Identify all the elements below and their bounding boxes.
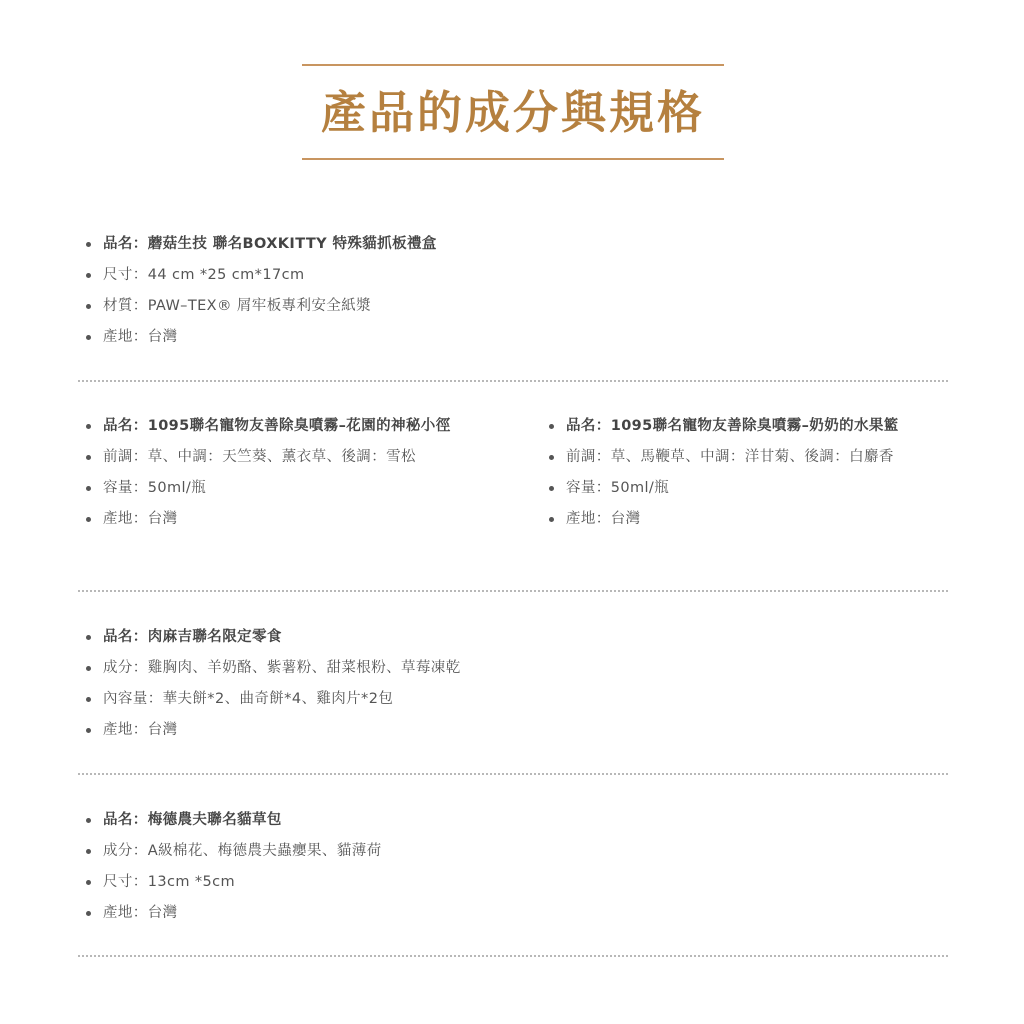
dotted-divider — [78, 955, 948, 957]
spec-list: 品名：梅德農夫聯名貓草包 成分：A級棉花、梅德農夫蟲癭果、貓薄荷 尺寸：13cm… — [80, 805, 382, 929]
dotted-divider — [78, 380, 948, 382]
spec-item-size: 尺寸：44 cm *25 cm*17cm — [80, 260, 437, 291]
spec-item-name: 品名：肉麻吉聯名限定零食 — [80, 622, 461, 653]
product-section-snacks: 品名：肉麻吉聯名限定零食 成分：雞胸肉、羊奶酪、紫薯粉、甜菜根粉、草莓凍乾 內容… — [80, 622, 461, 746]
title-banner: 產品的成分與規格 — [302, 64, 724, 160]
spec-item-origin: 產地：台灣 — [80, 322, 437, 353]
spec-item-notes: 前調：草、中調：天竺葵、薰衣草、後調：雪松 — [80, 442, 451, 473]
spec-list: 品名：1095聯名寵物友善除臭噴霧–花園的神秘小徑 前調：草、中調：天竺葵、薰衣… — [80, 411, 451, 535]
spec-item-contents: 內容量：華夫餅*2、曲奇餅*4、雞肉片*2包 — [80, 684, 461, 715]
page-title: 產品的成分與規格 — [321, 90, 705, 135]
spec-item-volume: 容量：50ml/瓶 — [80, 473, 451, 504]
spec-item-volume: 容量：50ml/瓶 — [543, 473, 899, 504]
product-section-spray-garden: 品名：1095聯名寵物友善除臭噴霧–花園的神秘小徑 前調：草、中調：天竺葵、薰衣… — [80, 411, 451, 535]
dotted-divider — [78, 773, 948, 775]
spec-item-origin: 產地：台灣 — [80, 715, 461, 746]
spec-item-name: 品名：梅德農夫聯名貓草包 — [80, 805, 382, 836]
product-section-catnip: 品名：梅德農夫聯名貓草包 成分：A級棉花、梅德農夫蟲癭果、貓薄荷 尺寸：13cm… — [80, 805, 382, 929]
spec-item-name: 品名：蘑菇生技 聯名BOXKITTY 特殊貓抓板禮盒 — [80, 229, 437, 260]
spec-list: 品名：肉麻吉聯名限定零食 成分：雞胸肉、羊奶酪、紫薯粉、甜菜根粉、草莓凍乾 內容… — [80, 622, 461, 746]
spec-item-ingredients: 成分：雞胸肉、羊奶酪、紫薯粉、甜菜根粉、草莓凍乾 — [80, 653, 461, 684]
spec-item-name: 品名：1095聯名寵物友善除臭噴霧–花園的神秘小徑 — [80, 411, 451, 442]
product-section-boxkitty: 品名：蘑菇生技 聯名BOXKITTY 特殊貓抓板禮盒 尺寸：44 cm *25 … — [80, 229, 437, 353]
spec-item-notes: 前調：草、馬鞭草、中調：洋甘菊、後調：白麝香 — [543, 442, 899, 473]
spec-item-origin: 產地：台灣 — [80, 504, 451, 535]
dotted-divider — [78, 590, 948, 592]
spec-item-name: 品名：1095聯名寵物友善除臭噴霧–奶奶的水果籃 — [543, 411, 899, 442]
spec-item-origin: 產地：台灣 — [543, 504, 899, 535]
spec-list: 品名：蘑菇生技 聯名BOXKITTY 特殊貓抓板禮盒 尺寸：44 cm *25 … — [80, 229, 437, 353]
product-section-spray-fruit: 品名：1095聯名寵物友善除臭噴霧–奶奶的水果籃 前調：草、馬鞭草、中調：洋甘菊… — [543, 411, 899, 535]
spec-item-ingredients: 成分：A級棉花、梅德農夫蟲癭果、貓薄荷 — [80, 836, 382, 867]
spec-item-size: 尺寸：13cm *5cm — [80, 867, 382, 898]
spec-item-origin: 產地：台灣 — [80, 898, 382, 929]
spec-item-material: 材質：PAW–TEX® 屑牢板專利安全紙漿 — [80, 291, 437, 322]
spec-list: 品名：1095聯名寵物友善除臭噴霧–奶奶的水果籃 前調：草、馬鞭草、中調：洋甘菊… — [543, 411, 899, 535]
